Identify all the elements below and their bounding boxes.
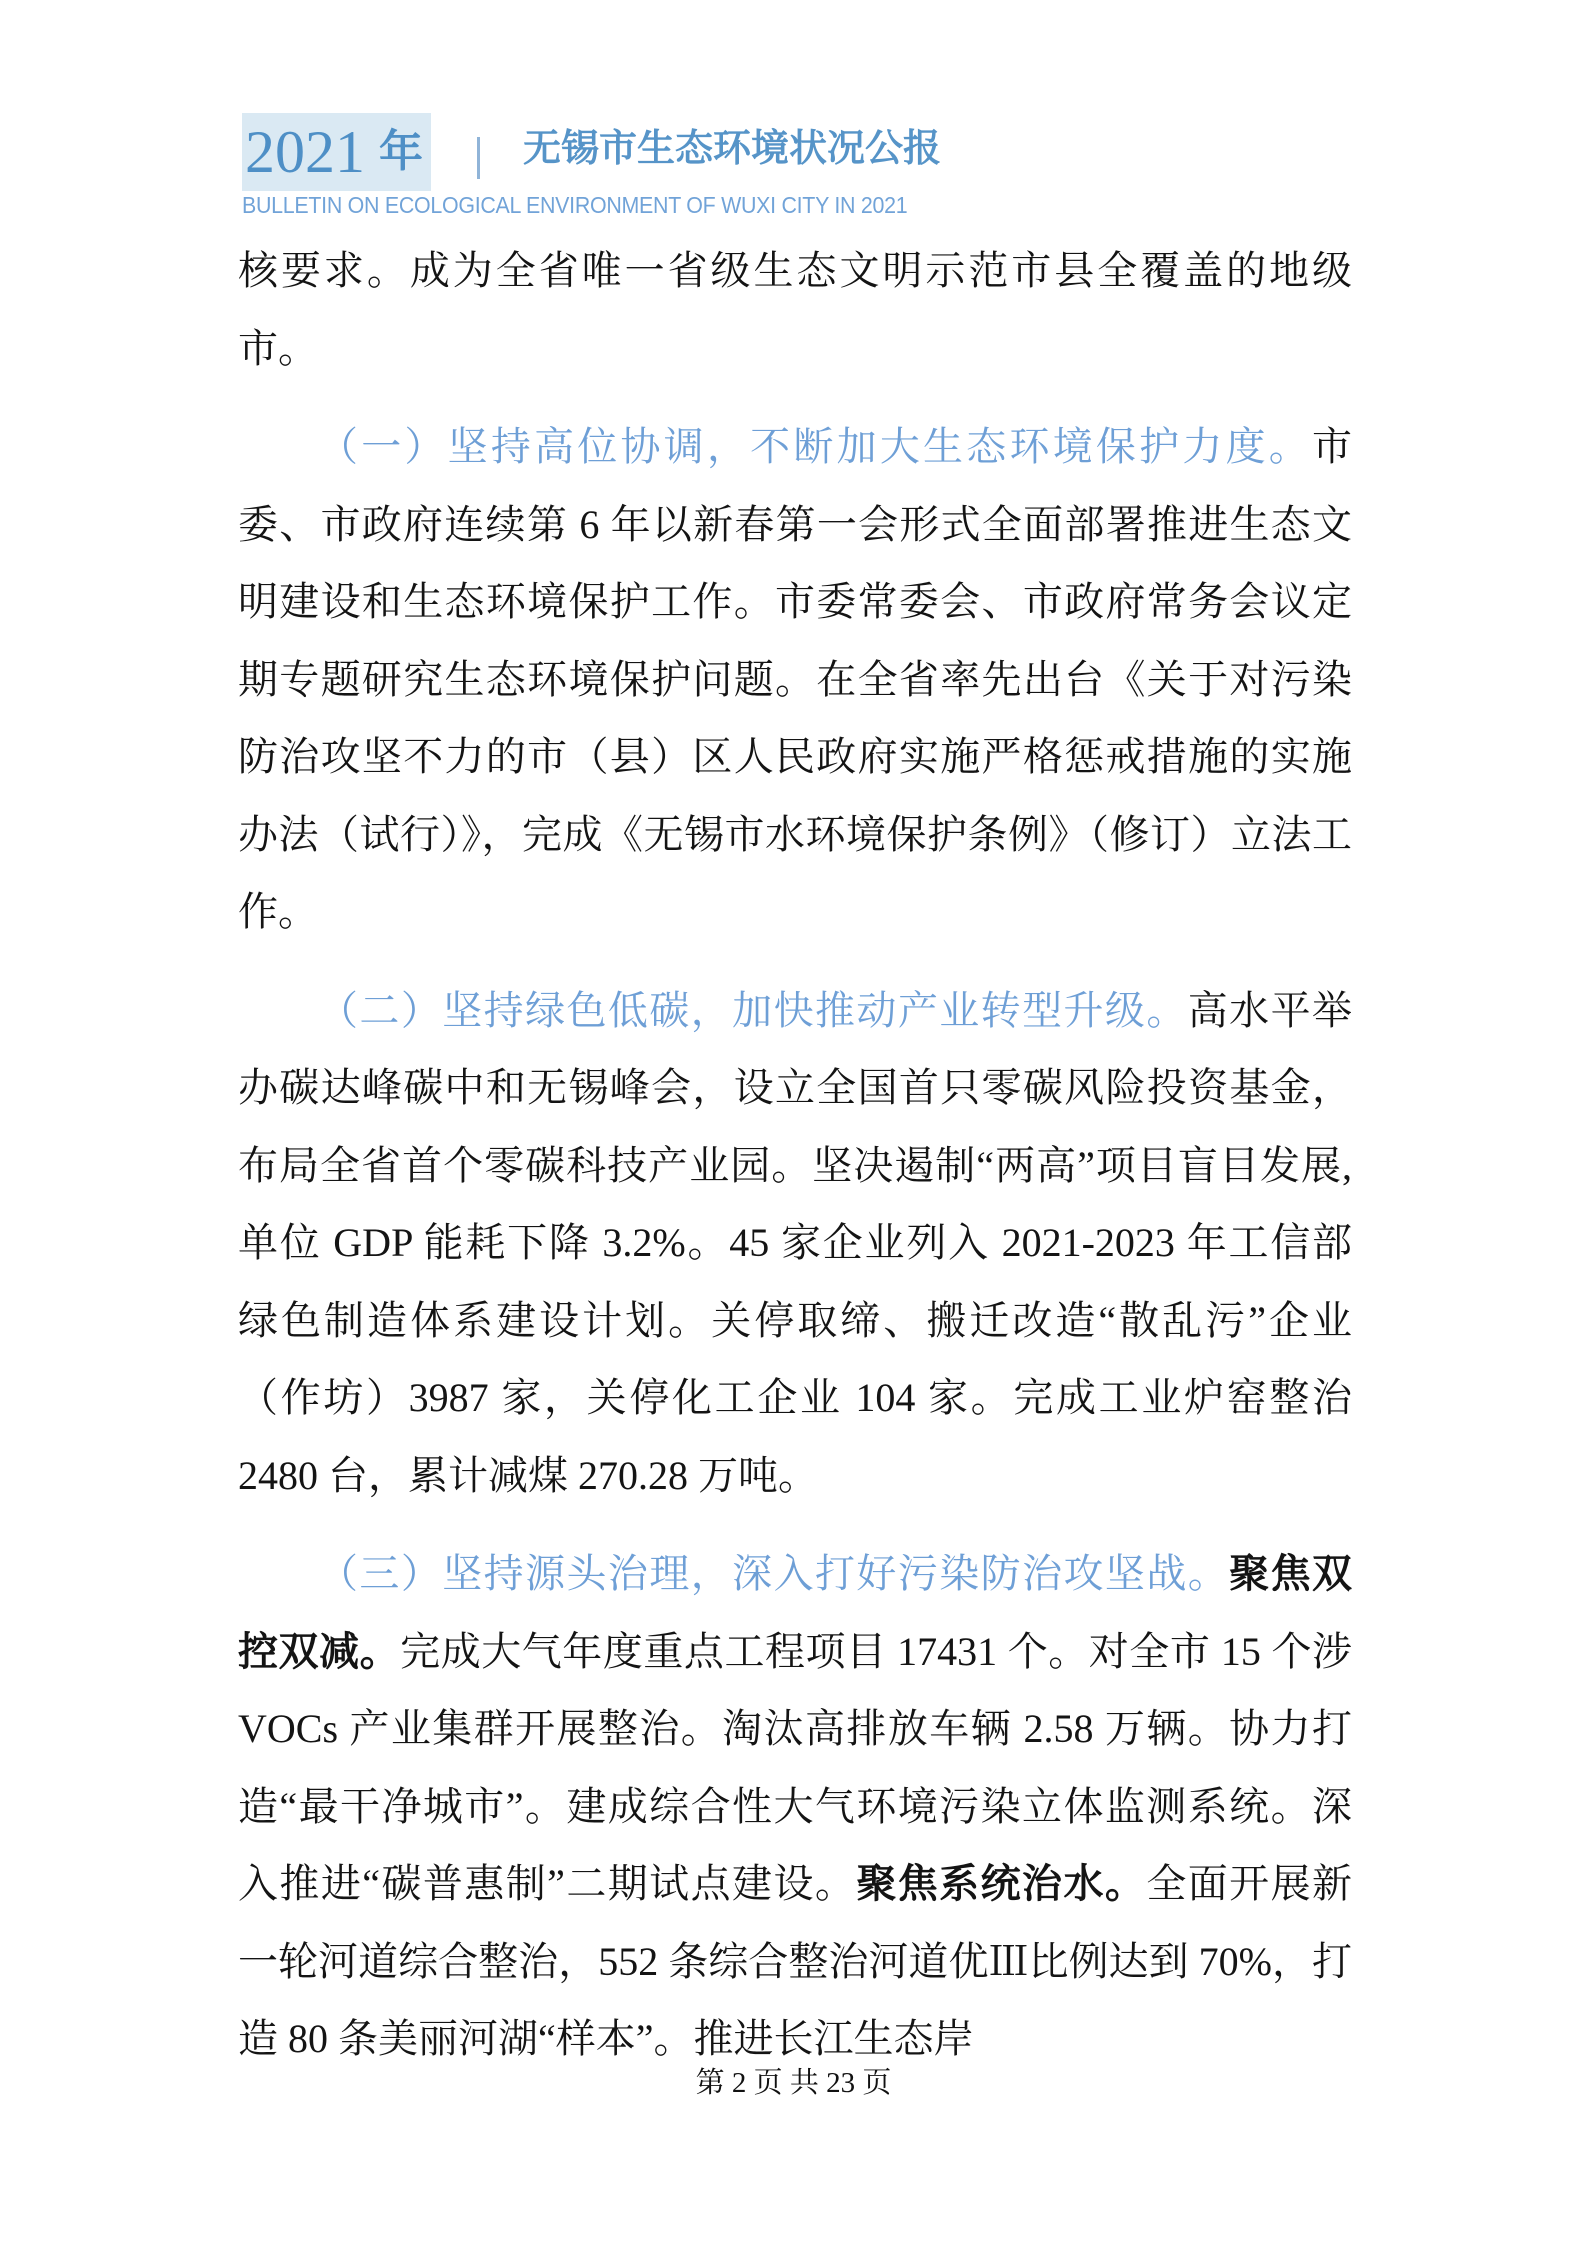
section-3-heading: （三）坚持源头治理，深入打好污染防治攻坚战。 — [318, 1551, 1229, 1596]
section-1-body: 市委、市政府连续第 6 年以新春第一会形式全面部署推进生态文明建设和生态环境保护… — [238, 424, 1352, 934]
page-number-label: 第 2 页 共 23 页 — [696, 2067, 892, 2099]
section-2-heading: （二）坚持绿色低碳，加快推动产业转型升级。 — [318, 988, 1188, 1033]
body-text: 核要求。成为全省唯一省级生态文明示范市县全覆盖的地级市。 （一）坚持高位协调，不… — [238, 232, 1352, 2078]
section-1-paragraph: （一）坚持高位协调，不断加大生态环境保护力度。市委、市政府连续第 6 年以新春第… — [238, 408, 1352, 951]
section-2-body: 高水平举办碳达峰碳中和无锡峰会，设立全国首只零碳风险投资基金，布局全省首个零碳科… — [238, 988, 1352, 1498]
section-1-heading: （一）坚持高位协调，不断加大生态环境保护力度。 — [318, 424, 1312, 469]
intro-paragraph: 核要求。成为全省唯一省级生态文明示范市县全覆盖的地级市。 — [238, 232, 1352, 387]
page-footer: 第 2 页 共 23 页 — [0, 2060, 1587, 2101]
intro-text: 核要求。成为全省唯一省级生态文明示范市县全覆盖的地级市。 — [238, 248, 1352, 371]
section-2-paragraph: （二）坚持绿色低碳，加快推动产业转型升级。高水平举办碳达峰碳中和无锡峰会，设立全… — [238, 972, 1352, 1515]
document-page: 2021 年 无锡市生态环境状况公报 BULLETIN ON ECOLOGICA… — [0, 0, 1587, 2245]
header-separator-bar — [477, 137, 480, 179]
year-highlight-box: 2021 年 — [242, 113, 431, 191]
header-year-suffix: 年 — [379, 130, 423, 174]
section-3-paragraph: （三）坚持源头治理，深入打好污染防治攻坚战。聚焦双控双减。完成大气年度重点工程项… — [238, 1535, 1352, 2078]
page-subtitle: BULLETIN ON ECOLOGICAL ENVIRONMENT OF WU… — [242, 192, 907, 219]
section-3-bold-mid: 聚焦系统治水。 — [856, 1861, 1146, 1906]
page-title: 无锡市生态环境状况公报 — [523, 127, 941, 173]
header-year: 2021 — [245, 122, 365, 182]
